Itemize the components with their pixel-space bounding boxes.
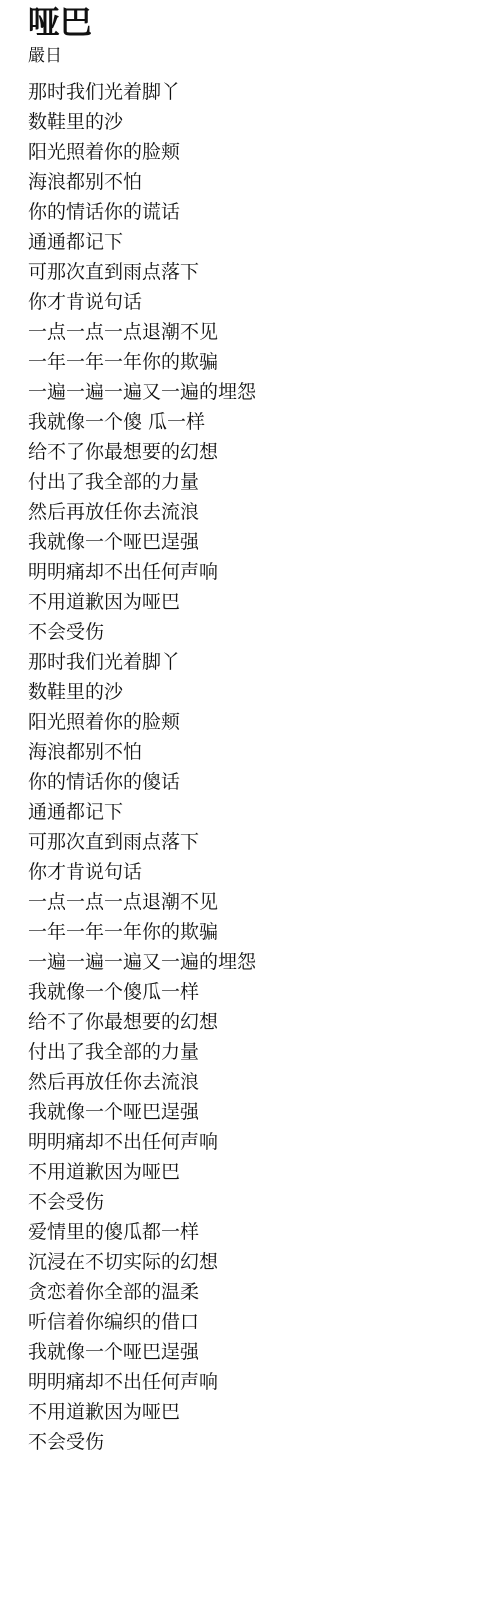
lyric-line: 贪恋着你全部的温柔: [28, 1277, 480, 1307]
lyric-line: 付出了我全部的力量: [28, 1037, 480, 1067]
lyric-line: 给不了你最想要的幻想: [28, 1007, 480, 1037]
lyric-line: 不会受伤: [28, 617, 480, 647]
lyric-line: 阳光照着你的脸颊: [28, 137, 480, 167]
lyric-line: 数鞋里的沙: [28, 677, 480, 707]
lyric-line: 海浪都别不怕: [28, 167, 480, 197]
lyric-line: 一遍一遍一遍又一遍的埋怨: [28, 947, 480, 977]
lyrics-page: 哑巴 嚴日 那时我们光着脚丫数鞋里的沙阳光照着你的脸颊海浪都别不怕你的情话你的谎…: [0, 0, 500, 1457]
lyric-line: 那时我们光着脚丫: [28, 647, 480, 677]
lyric-line: 一年一年一年你的欺骗: [28, 917, 480, 947]
lyric-line: 一遍一遍一遍又一遍的埋怨: [28, 377, 480, 407]
lyric-line: 给不了你最想要的幻想: [28, 437, 480, 467]
lyric-line: 不用道歉因为哑巴: [28, 1157, 480, 1187]
lyric-line: 通通都记下: [28, 227, 480, 257]
lyric-line: 明明痛却不出任何声响: [28, 1127, 480, 1157]
lyric-line: 我就像一个哑巴逞强: [28, 1097, 480, 1127]
lyric-line: 阳光照着你的脸颊: [28, 707, 480, 737]
lyric-line: 你的情话你的傻话: [28, 767, 480, 797]
lyrics-block: 那时我们光着脚丫数鞋里的沙阳光照着你的脸颊海浪都别不怕你的情话你的谎话通通都记下…: [28, 77, 480, 1457]
lyric-line: 不用道歉因为哑巴: [28, 1397, 480, 1427]
song-title: 哑巴: [28, 4, 480, 40]
lyric-line: 可那次直到雨点落下: [28, 257, 480, 287]
lyric-line: 然后再放任你去流浪: [28, 497, 480, 527]
lyric-line: 那时我们光着脚丫: [28, 77, 480, 107]
lyric-line: 数鞋里的沙: [28, 107, 480, 137]
lyric-line: 你的情话你的谎话: [28, 197, 480, 227]
lyric-line: 一点一点一点退潮不见: [28, 887, 480, 917]
lyric-line: 然后再放任你去流浪: [28, 1067, 480, 1097]
lyric-line: 你才肯说句话: [28, 287, 480, 317]
lyric-line: 我就像一个哑巴逞强: [28, 1337, 480, 1367]
lyric-line: 明明痛却不出任何声响: [28, 557, 480, 587]
lyric-line: 爱情里的傻瓜都一样: [28, 1217, 480, 1247]
lyric-line: 沉浸在不切实际的幻想: [28, 1247, 480, 1277]
lyric-line: 听信着你编织的借口: [28, 1307, 480, 1337]
lyric-line: 通通都记下: [28, 797, 480, 827]
lyric-line: 付出了我全部的力量: [28, 467, 480, 497]
lyric-line: 明明痛却不出任何声响: [28, 1367, 480, 1397]
artist-name: 嚴日: [28, 45, 480, 67]
lyric-line: 可那次直到雨点落下: [28, 827, 480, 857]
lyric-line: 我就像一个傻瓜一样: [28, 977, 480, 1007]
lyric-line: 我就像一个傻 瓜一样: [28, 407, 480, 437]
lyric-line: 你才肯说句话: [28, 857, 480, 887]
lyric-line: 不会受伤: [28, 1187, 480, 1217]
lyric-line: 一点一点一点退潮不见: [28, 317, 480, 347]
lyric-line: 海浪都别不怕: [28, 737, 480, 767]
lyric-line: 我就像一个哑巴逞强: [28, 527, 480, 557]
lyric-line: 不用道歉因为哑巴: [28, 587, 480, 617]
lyric-line: 不会受伤: [28, 1427, 480, 1457]
lyric-line: 一年一年一年你的欺骗: [28, 347, 480, 377]
